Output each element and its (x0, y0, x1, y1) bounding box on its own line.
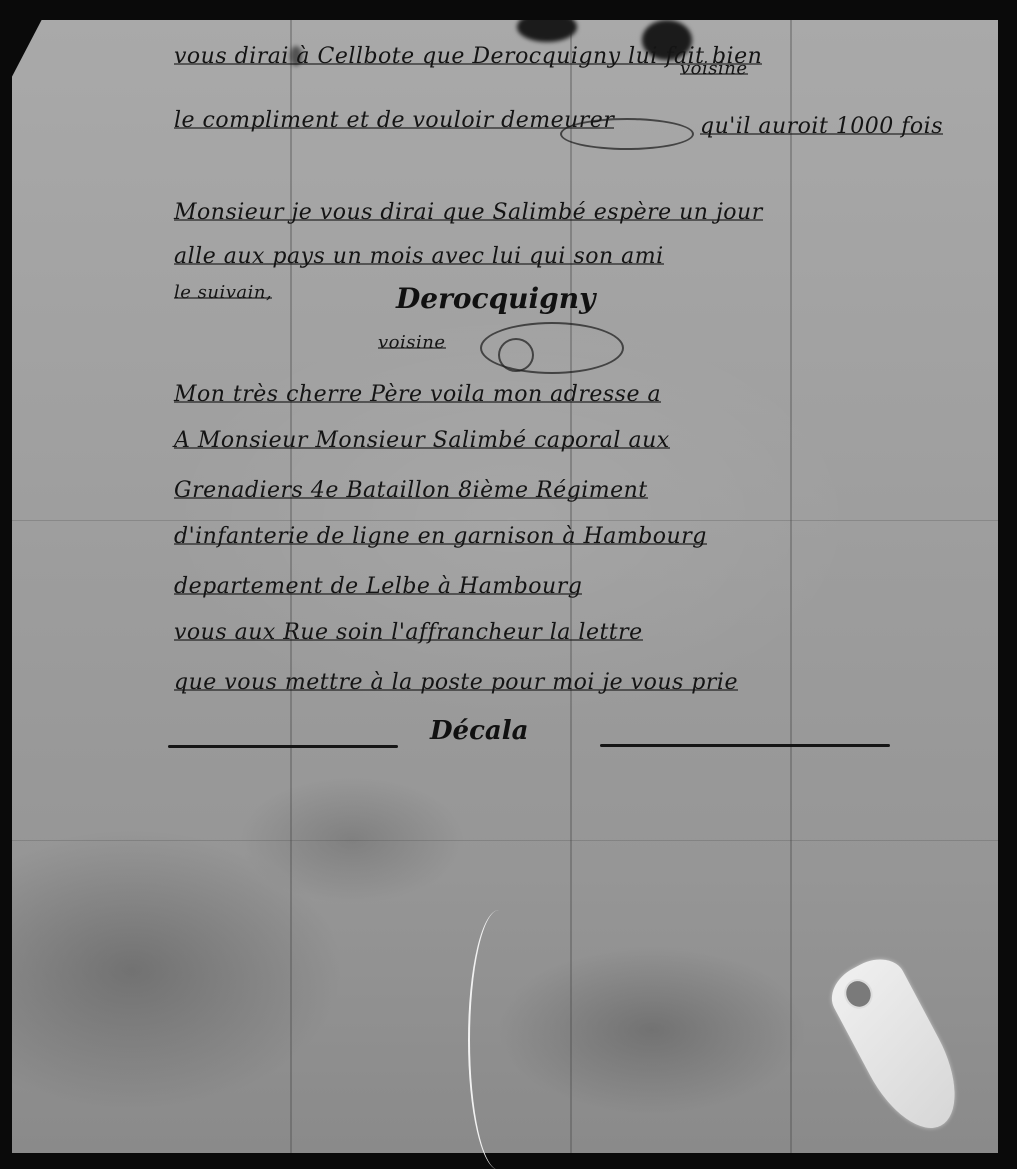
closing-rule (168, 745, 398, 748)
flourish (560, 118, 694, 150)
letter-line-1: vous dirai à Cellbote que Derocquigny lu… (174, 44, 762, 69)
signature-derocquigny: Derocquigny (396, 282, 595, 315)
note-text: voisine (378, 332, 446, 353)
closing-rule (600, 744, 890, 747)
fold-crease (12, 520, 998, 521)
letter-text: alle aux pays un mois avec lui qui son a… (174, 244, 664, 269)
letter-line-11: vous aux Rue soin l'affrancheur la lettr… (174, 620, 643, 645)
ink-stain (517, 12, 577, 42)
interlinear-note: voisine (680, 58, 748, 79)
letter-text: le suivain, (174, 282, 272, 303)
fold-crease (790, 20, 792, 1153)
letter-text: vous aux Rue soin l'affrancheur la lettr… (174, 620, 643, 645)
letter-line-12: que vous mettre à la poste pour moi je v… (174, 670, 738, 695)
letter-line-2: le compliment et de vouloir demeurer (174, 108, 614, 133)
letter-line-10: departement de Lelbe à Hambourg (174, 574, 582, 599)
letter-text: vous dirai à Cellbote que Derocquigny lu… (174, 44, 762, 69)
letter-text: le compliment et de vouloir demeurer (174, 108, 614, 133)
interlinear-note: qu'il auroit 1000 fois (700, 114, 943, 139)
signature-text: Derocquigny (396, 282, 595, 315)
signature-flourish (498, 338, 534, 372)
note-text: qu'il auroit 1000 fois (700, 114, 943, 139)
letter-line-7: A Monsieur Monsieur Salimbé caporal aux (174, 428, 670, 453)
signature-decala: Décala (430, 716, 529, 746)
letter-line-6: Mon très cherre Père voila mon adresse a (174, 382, 661, 407)
letter-text: que vous mettre à la poste pour moi je v… (174, 670, 738, 695)
letter-text: Mon très cherre Père voila mon adresse a (174, 382, 661, 407)
letter-text: A Monsieur Monsieur Salimbé caporal aux (174, 428, 670, 453)
letter-line-8: Grenadiers 4e Bataillon 8ième Régiment (174, 478, 648, 503)
signature-note: voisine (378, 332, 446, 353)
letter-text: Grenadiers 4e Bataillon 8ième Régiment (174, 478, 648, 503)
note-text: voisine (680, 58, 748, 79)
letter-line-3: Monsieur je vous dirai que Salimbé espèr… (174, 200, 763, 225)
letter-line-4: alle aux pays un mois avec lui qui son a… (174, 244, 664, 269)
signature-text: Décala (430, 716, 529, 746)
letter-text: Monsieur je vous dirai que Salimbé espèr… (174, 200, 763, 225)
tag-hole (839, 974, 878, 1014)
letter-line-5: le suivain, (174, 282, 272, 303)
film-scratch (468, 910, 530, 1169)
letter-line-9: d'infanterie de ligne en garnison à Hamb… (174, 524, 707, 549)
letter-text: d'infanterie de ligne en garnison à Hamb… (174, 524, 707, 549)
letter-text: departement de Lelbe à Hambourg (174, 574, 582, 599)
fold-crease (12, 840, 998, 841)
